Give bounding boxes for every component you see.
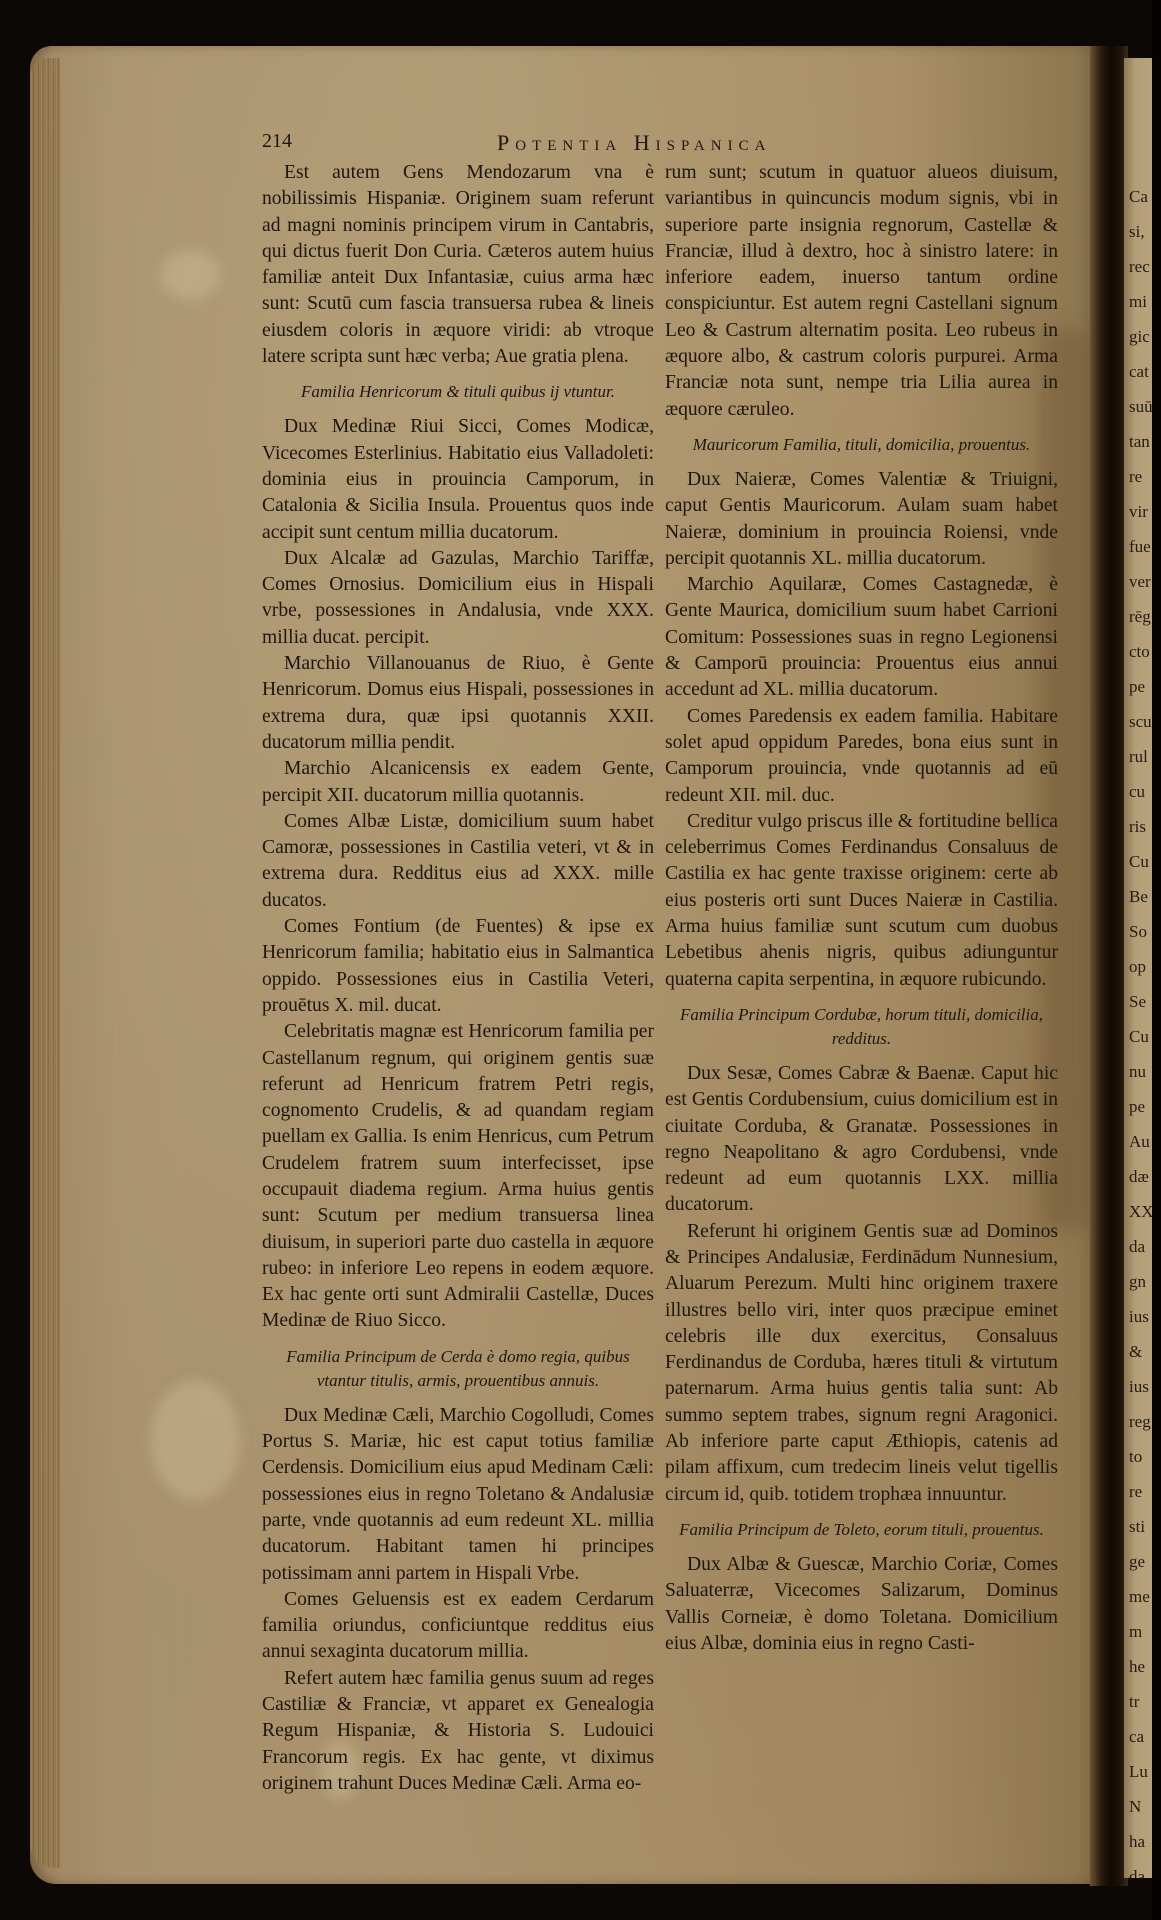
- next-page-text-fragment: ver: [1129, 573, 1151, 590]
- paragraph: Dux Medinæ Riui Sicci, Comes Modicæ, Vic…: [262, 414, 654, 545]
- paragraph: Creditur vulgo priscus ille & fortitudin…: [665, 809, 1058, 993]
- paragraph: Comes Fontium (de Fuentes) & ipse ex Hen…: [262, 914, 654, 1019]
- next-page-text-fragment: &: [1129, 1343, 1142, 1360]
- paragraph: Refert autem hæc familia genus suum ad r…: [262, 1666, 654, 1797]
- next-page-text-fragment: op: [1129, 958, 1146, 975]
- section-heading: Mauricorum Familia, tituli, domicilia, p…: [665, 433, 1058, 457]
- next-page-text-fragment: cat: [1129, 363, 1149, 380]
- next-page-text-fragment: tan: [1129, 433, 1150, 450]
- next-page-text-fragment: sti: [1129, 1518, 1145, 1535]
- background-edge: [1152, 0, 1161, 1920]
- paragraph: Dux Sesæ, Comes Cabræ & Baenæ. Caput hic…: [665, 1061, 1058, 1219]
- next-page-text-fragment: re: [1129, 468, 1142, 485]
- next-page-text-fragment: he: [1129, 1658, 1145, 1675]
- next-page-text-fragment: ris: [1129, 818, 1146, 835]
- next-page-text-fragment: rul: [1129, 748, 1148, 765]
- paragraph: Dux Naieræ, Comes Valentiæ & Triuigni, c…: [665, 467, 1058, 572]
- next-page-text-fragment: pe: [1129, 1098, 1145, 1115]
- paragraph: Comes Paredensis ex eadem familia. Habit…: [665, 704, 1058, 809]
- next-page-text-fragment: ge: [1129, 1553, 1145, 1570]
- page-number: 214: [262, 130, 292, 153]
- next-page-text-fragment: to: [1129, 1448, 1142, 1465]
- next-page-text-fragment: scu: [1129, 713, 1152, 730]
- next-page-text-fragment: Se: [1129, 993, 1146, 1010]
- next-page-text-fragment: So: [1129, 923, 1147, 940]
- paragraph: Dux Albæ & Guescæ, Marchio Coriæ, Comes …: [665, 1552, 1058, 1657]
- left-text-column: Est autem Gens Mendozarum vna è nobiliss…: [262, 160, 654, 1797]
- paper-stain: [150, 1380, 240, 1500]
- next-page-text-fragment: cu: [1129, 783, 1145, 800]
- paper-stain: [160, 250, 220, 300]
- next-page-text-fragment: Ca: [1129, 188, 1148, 205]
- next-page-text-fragment: rec: [1129, 258, 1150, 275]
- next-page-text-fragment: reg: [1129, 1413, 1151, 1430]
- section-heading: Familia Henricorum & tituli quibus ij vt…: [262, 380, 654, 404]
- right-text-column: rum sunt; scutum in quatuor alueos diuis…: [665, 160, 1058, 1657]
- next-page-text-fragment: XX: [1129, 1203, 1152, 1220]
- next-page-text-fragment: si,: [1129, 223, 1145, 240]
- paragraph: Marchio Alcanicensis ex eadem Gente, per…: [262, 756, 654, 809]
- section-heading: Familia Principum de Toleto, eorum titul…: [665, 1518, 1058, 1542]
- next-page-text-fragment: rēg: [1129, 608, 1151, 625]
- page-stack-edge: [30, 58, 60, 1868]
- paragraph: Est autem Gens Mendozarum vna è nobiliss…: [262, 160, 654, 370]
- next-page-text-fragment: Au: [1129, 1133, 1150, 1150]
- next-page-text-fragment: mi: [1129, 293, 1147, 310]
- next-page-text-fragment: re: [1129, 1483, 1142, 1500]
- paragraph: Dux Medinæ Cæli, Marchio Cogolludi, Come…: [262, 1403, 654, 1587]
- next-page-text-fragment: dæ: [1129, 1168, 1149, 1185]
- paragraph: rum sunt; scutum in quatuor alueos diuis…: [665, 160, 1058, 423]
- next-page-text-fragment: pe: [1129, 678, 1145, 695]
- next-page-text-fragment: tr: [1129, 1693, 1139, 1710]
- next-page-text-fragment: ius: [1129, 1378, 1149, 1395]
- paragraph: Comes Albæ Listæ, domicilium suum habet …: [262, 809, 654, 914]
- paragraph: Referunt hi originem Gentis suæ ad Domin…: [665, 1219, 1058, 1508]
- next-page-text-fragment: m: [1129, 1623, 1142, 1640]
- section-heading: Familia Principum de Cerda è domo regia,…: [262, 1345, 654, 1393]
- next-page-text-fragment: nu: [1129, 1063, 1146, 1080]
- next-page-text-fragment: suū: [1129, 398, 1152, 415]
- next-page-text-fragment: ius: [1129, 1308, 1149, 1325]
- next-page-text-fragment: da: [1129, 1868, 1145, 1878]
- next-page-text-fragment: gn: [1129, 1273, 1146, 1290]
- next-page-text-fragment: vir: [1129, 503, 1148, 520]
- next-page-text-fragment: me: [1129, 1588, 1150, 1605]
- next-page-text-fragment: ha: [1129, 1833, 1145, 1850]
- paragraph: Dux Alcalæ ad Gazulas, Marchio Tariffæ, …: [262, 546, 654, 651]
- book-gutter: [1090, 46, 1128, 1886]
- running-title: Potentia Hispanica: [497, 130, 771, 156]
- paragraph: Marchio Aquilaræ, Comes Castagnedæ, è Ge…: [665, 572, 1058, 703]
- next-page-text-fragment: ca: [1129, 1728, 1144, 1745]
- next-page-text-fragment: gic: [1129, 328, 1150, 345]
- section-heading: Familia Principum Cordubæ, horum tituli,…: [665, 1003, 1058, 1051]
- next-page-text-fragment: cto: [1129, 643, 1150, 660]
- next-page-text-fragment: Lu: [1129, 1763, 1148, 1780]
- next-page-text-fragment: da: [1129, 1238, 1145, 1255]
- next-page-edge: Casi,recmigiccatsuūtanrevirfueverrēgctop…: [1124, 58, 1152, 1878]
- page-header: 214 Potentia Hispanica: [262, 130, 1062, 160]
- next-page-text-fragment: N: [1129, 1798, 1141, 1815]
- next-page-text-fragment: fue: [1129, 538, 1151, 555]
- paragraph: Comes Geluensis est ex eadem Cerdarum fa…: [262, 1587, 654, 1666]
- paragraph: Celebritatis magnæ est Henricorum famili…: [262, 1019, 654, 1335]
- next-page-text-fragment: Cu: [1129, 1028, 1149, 1045]
- next-page-text-fragment: Be: [1129, 888, 1148, 905]
- paragraph: Marchio Villanouanus de Riuo, è Gente He…: [262, 651, 654, 756]
- next-page-text-fragment: Cu: [1129, 853, 1149, 870]
